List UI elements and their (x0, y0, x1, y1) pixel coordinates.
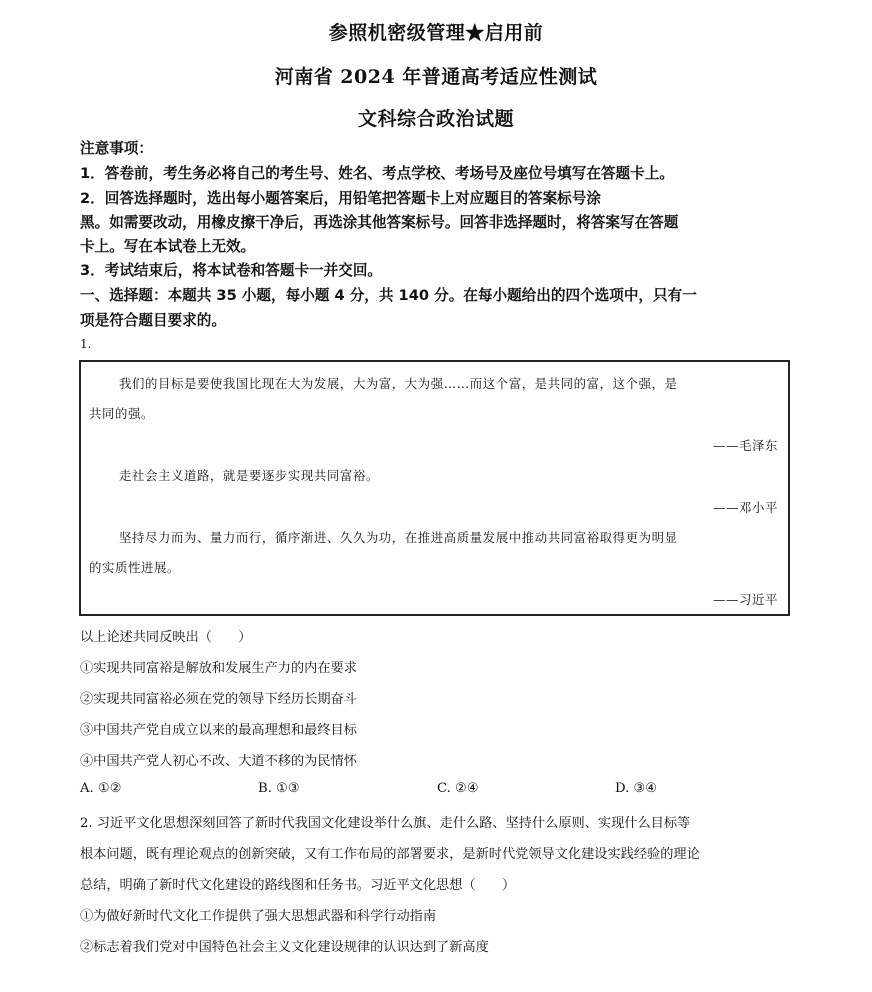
question-1-statement-2: ②实现共同富裕必须在党的领导下经历长期奋斗 (80, 688, 357, 707)
question-1-option-c: C. ②④ (437, 781, 479, 796)
notice-heading: 注意事项： (80, 137, 153, 158)
quote-xi-line1: 坚持尽力而为、量力而行，循序渐进、久久为功，在推进高质量发展中推动共同富裕取得更… (119, 528, 678, 546)
confidentiality-title: 参照机密级管理★启用前 (0, 18, 872, 45)
notice-item-3: 3．考试结束后，将本试卷和答题卡一并交回。 (80, 259, 382, 280)
quote-box: 我们的目标是要使我国比现在大为发展，大为富，大为强……而这个富，是共同的富，这个… (79, 360, 790, 616)
question-1-number: 1. (80, 337, 91, 351)
notice-item-2-cont: 黑。如需要改动，用橡皮擦干净后，再选涂其他答案标号。回答非选择题时，将答案写在答… (80, 211, 678, 232)
question-2-stem-line1: 2. 习近平文化思想深刻回答了新时代我国文化建设举什么旗、走什么路、坚持什么原则… (80, 812, 690, 831)
question-2-statement-1: ①为做好新时代文化工作提供了强大思想武器和科学行动指南 (80, 905, 436, 924)
question-2-stem-line3: 总结，明确了新时代文化建设的路线图和任务书。习近平文化思想（ ） (80, 874, 515, 893)
question-1-statement-3: ③中国共产党自成立以来的最高理想和最终目标 (80, 719, 357, 738)
quote-xi-attribution: ——习近平 (713, 590, 778, 608)
question-1-statement-1: ①实现共同富裕是解放和发展生产力的内在要求 (80, 657, 357, 676)
question-1-option-b: B. ①③ (258, 781, 300, 796)
question-2-stem-line2: 根本问题，既有理论观点的创新突破，又有工作布局的部署要求，是新时代党领导文化建设… (80, 843, 700, 862)
exam-title: 河南省 2024 年普通高考适应性测试 (0, 62, 872, 89)
question-1-option-a: A. ①② (80, 781, 122, 796)
section-heading-cont: 项是符合题目要求的。 (80, 309, 226, 330)
question-1-statement-4: ④中国共产党人初心不改、大道不移的为民情怀 (80, 750, 357, 769)
quote-mao-attribution: ——毛泽东 (713, 436, 778, 454)
quote-xi-line2: 的实质性进展。 (89, 558, 180, 576)
quote-deng-attribution: ——邓小平 (713, 498, 778, 516)
quote-mao-line1: 我们的目标是要使我国比现在大为发展，大为富，大为强……而这个富，是共同的富，这个… (119, 374, 678, 392)
notice-item-2: 2．回答选择题时，选出每小题答案后，用铅笔把答题卡上对应题目的答案标号涂 (80, 187, 601, 208)
notice-item-1: 1．答卷前，考生务必将自己的考生号、姓名、考点学校、考场号及座位号填写在答题卡上… (80, 162, 674, 183)
question-1-stem: 以上论述共同反映出（ ） (80, 626, 251, 645)
section-heading: 一、选择题：本题共 35 小题，每小题 4 分，共 140 分。在每小题给出的四… (80, 284, 697, 305)
subject-title: 文科综合政治试题 (0, 104, 872, 131)
quote-deng-line1: 走社会主义道路，就是要逐步实现共同富裕。 (119, 466, 379, 484)
quote-mao-line2: 共同的强。 (89, 404, 154, 422)
question-2-statement-2: ②标志着我们党对中国特色社会主义文化建设规律的认识达到了新高度 (80, 936, 489, 955)
notice-item-2-cont2: 卡上。写在本试卷上无效。 (80, 235, 255, 256)
question-1-option-d: D. ③④ (615, 781, 657, 796)
